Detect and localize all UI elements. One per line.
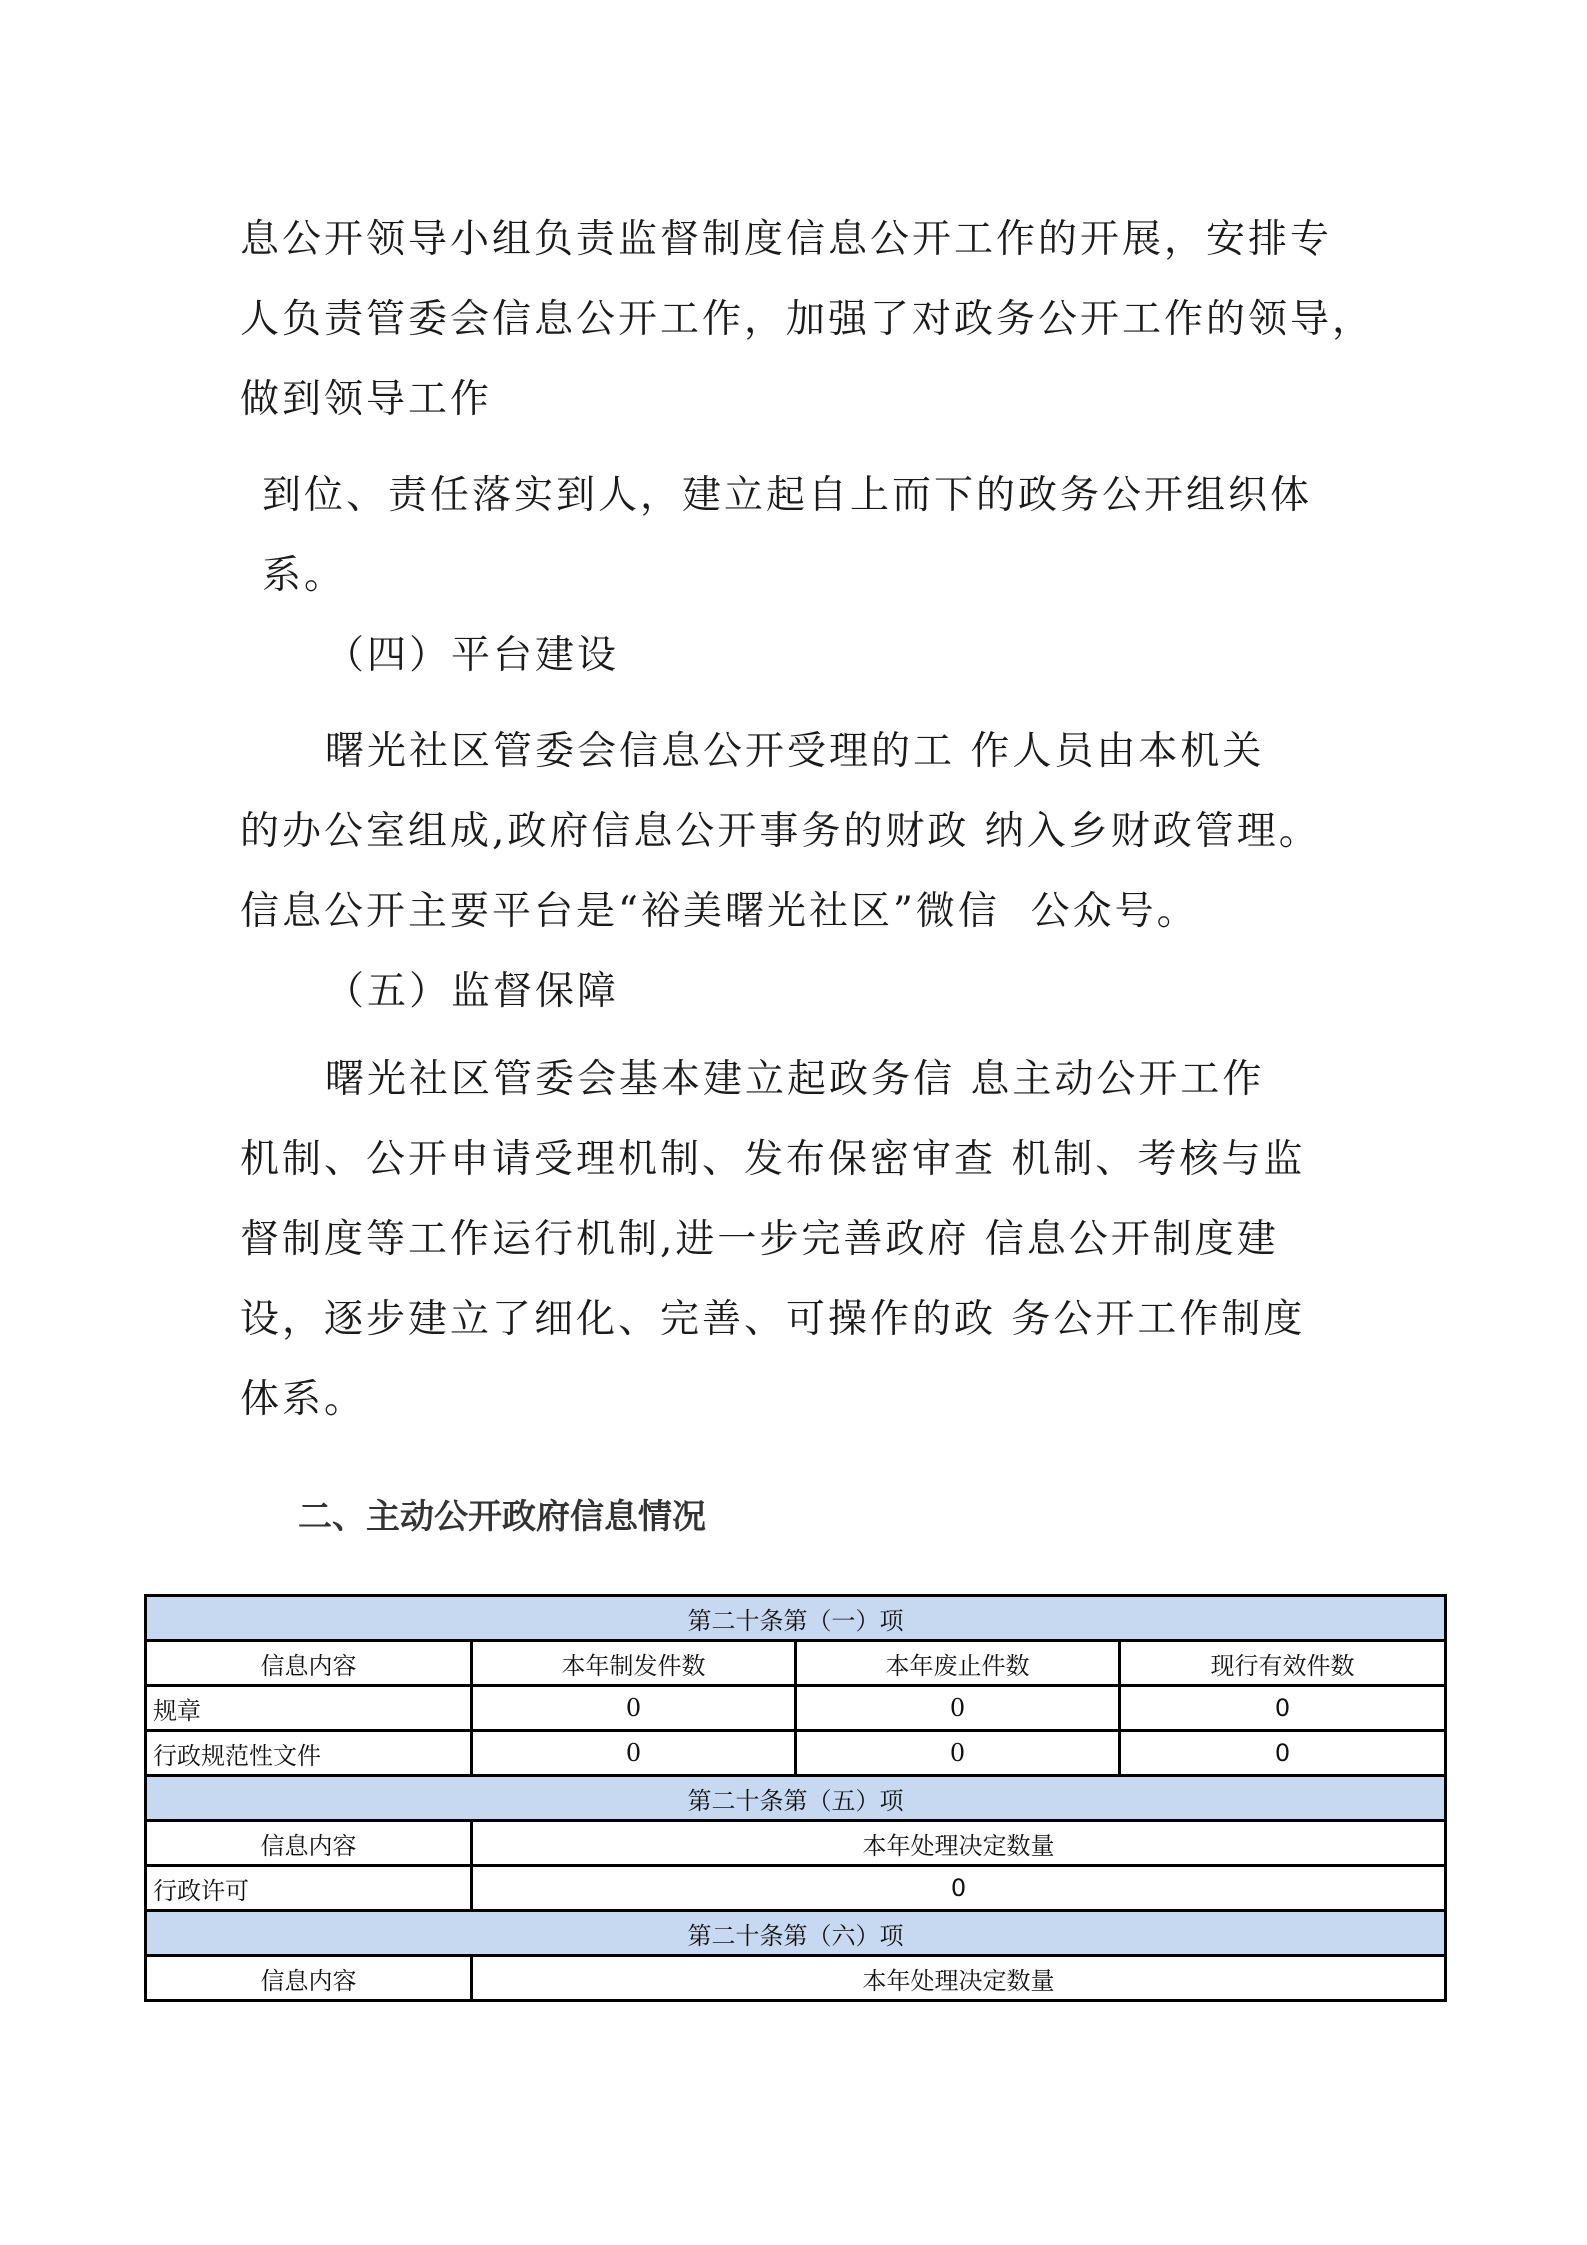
cell-valid: 0 bbox=[1120, 1731, 1446, 1776]
paragraph-line: 曙光社区管委会基本建立起政务信 息主动公开工作 bbox=[325, 1055, 1264, 1105]
table-row: 行政规范性文件 0 0 0 bbox=[146, 1731, 1446, 1776]
cell-abolished: 0 bbox=[796, 1731, 1120, 1776]
paragraph-line: 的办公室组成,政府信息公开事务的财政 纳入乡财政管理。 bbox=[240, 807, 1321, 857]
table-section-header: 第二十条第（六）项 bbox=[146, 1911, 1446, 1956]
paragraph-line: 机制、公开申请受理机制、发布保密审查 机制、考核与监 bbox=[240, 1135, 1305, 1185]
paragraph-line: 到位、责任落实到人，建立起自上而下的政务公开组织体 bbox=[262, 471, 1312, 521]
subsection-heading-supervision: （五）监督保障 bbox=[325, 967, 619, 1017]
column-header: 本年制发件数 bbox=[472, 1641, 796, 1686]
column-header: 信息内容 bbox=[146, 1641, 472, 1686]
section-heading: 二、主动公开政府信息情况 bbox=[298, 1495, 706, 1539]
cell-count: 0 bbox=[472, 1866, 1446, 1911]
column-header: 本年处理决定数量 bbox=[472, 1956, 1446, 2001]
paragraph-line: 做到领导工作 bbox=[240, 375, 492, 425]
cell-abolished: 0 bbox=[796, 1686, 1120, 1731]
section-title: 第二十条第（一）项 bbox=[146, 1596, 1446, 1641]
paragraph-line: 曙光社区管委会信息公开受理的工 作人员由本机关 bbox=[325, 727, 1264, 777]
paragraph-line: 信息公开主要平台是“裕美曙光社区”微信 公众号。 bbox=[240, 887, 1199, 937]
row-label: 行政规范性文件 bbox=[146, 1731, 472, 1776]
table-header-row: 信息内容 本年处理决定数量 bbox=[146, 1821, 1446, 1866]
row-label: 规章 bbox=[146, 1686, 472, 1731]
row-label: 行政许可 bbox=[146, 1866, 472, 1911]
cell-issued: 0 bbox=[472, 1686, 796, 1731]
table-row: 行政许可 0 bbox=[146, 1866, 1446, 1911]
paragraph-line: 体系。 bbox=[240, 1375, 366, 1425]
section-title: 第二十条第（六）项 bbox=[146, 1911, 1446, 1956]
subsection-heading-platform: （四）平台建设 bbox=[325, 631, 619, 681]
paragraph-line: 人负责管委会信息公开工作，加强了对政务公开工作的领导， bbox=[240, 295, 1374, 345]
paragraph-line: 设，逐步建立了细化、完善、可操作的政 务公开工作制度 bbox=[240, 1295, 1305, 1345]
column-header: 本年处理决定数量 bbox=[472, 1821, 1446, 1866]
column-header: 现行有效件数 bbox=[1120, 1641, 1446, 1686]
paragraph-line: 系。 bbox=[262, 551, 346, 601]
table-header-row: 信息内容 本年制发件数 本年废止件数 现行有效件数 bbox=[146, 1641, 1446, 1686]
column-header: 信息内容 bbox=[146, 1956, 472, 2001]
cell-valid: 0 bbox=[1120, 1686, 1446, 1731]
info-disclosure-table: 第二十条第（一）项 信息内容 本年制发件数 本年废止件数 现行有效件数 规章 0… bbox=[144, 1594, 1447, 2002]
column-header: 信息内容 bbox=[146, 1821, 472, 1866]
paragraph-line: 督制度等工作运行机制,进一步完善政府 信息公开制度建 bbox=[240, 1215, 1279, 1265]
column-header: 本年废止件数 bbox=[796, 1641, 1120, 1686]
paragraph-line: 息公开领导小组负责监督制度信息公开工作的开展，安排专 bbox=[240, 215, 1332, 265]
table-section-header: 第二十条第（五）项 bbox=[146, 1776, 1446, 1821]
section-title: 第二十条第（五）项 bbox=[146, 1776, 1446, 1821]
table-row: 规章 0 0 0 bbox=[146, 1686, 1446, 1731]
table-header-row: 信息内容 本年处理决定数量 bbox=[146, 1956, 1446, 2001]
table-section-header: 第二十条第（一）项 bbox=[146, 1596, 1446, 1641]
cell-issued: 0 bbox=[472, 1731, 796, 1776]
